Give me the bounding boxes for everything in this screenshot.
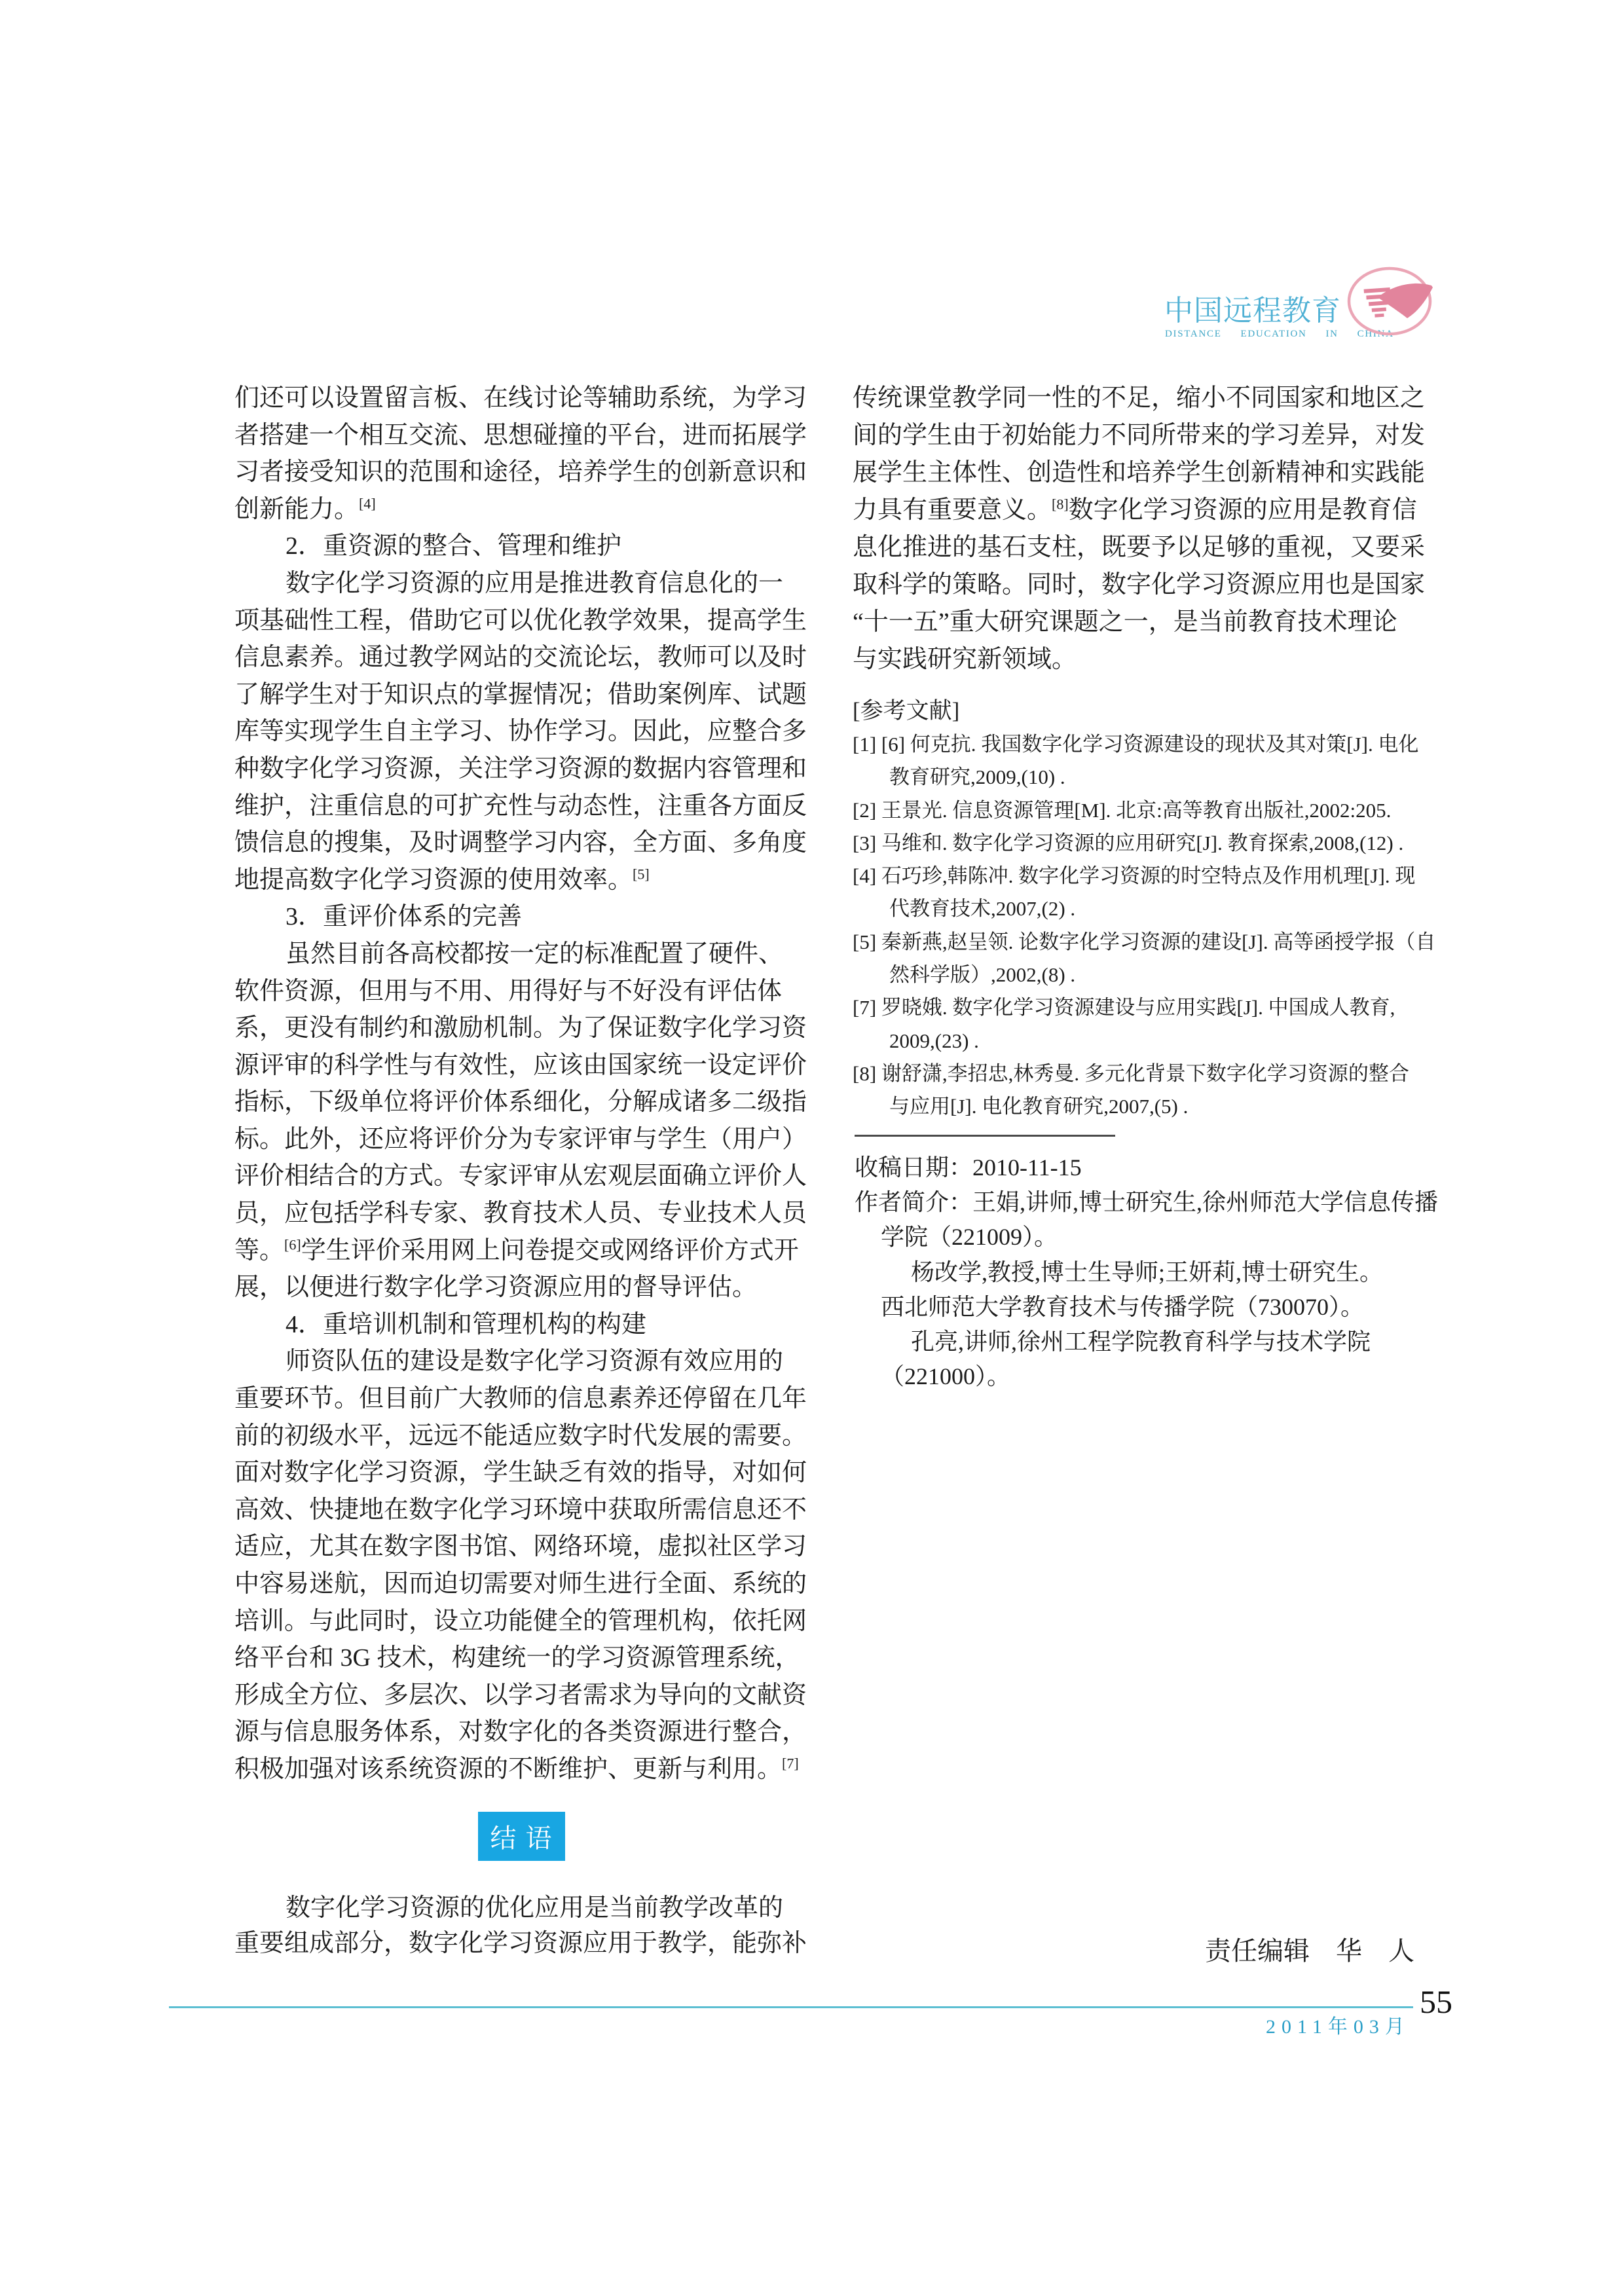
editor-credit: 责任编辑 华 人 (853, 1930, 1414, 1968)
text-line: 中容易迷航，因而迫切需要对师生进行全面、系统的 (234, 1566, 796, 1603)
text-line: 孔亮,讲师,徐州工程学院教育科学与技术学院 (855, 1325, 1428, 1359)
author-info-block: 收稿日期：2010-11-15作者简介：王娟,讲师,博士研究生,徐州师范大学信息… (855, 1150, 1428, 1394)
footer-rule (169, 2006, 1413, 2008)
text-line: 然科学版）,2002,(8) . (853, 959, 1430, 991)
text-line: 们还可以设置留言板、在线讨论等辅助系统，为学习 (234, 380, 796, 417)
right-column: 传统课堂教学同一性的不足，缩小不同国家和地区之间的学生由于初始能力不同所带来的学… (853, 380, 1414, 678)
journal-page: 中国远程教育 DISTANCE EDUCATION IN CHINA 们还可以设… (0, 0, 1624, 2295)
text-line: 库等实现学生自主学习、协作学习。因此，应整合多 (234, 713, 796, 750)
text-line: “十一五”重大研究课题之一，是当前教育技术理论 (853, 604, 1414, 641)
text-line: 项基础性工程，借助它可以优化教学效果，提高学生 (234, 602, 796, 640)
text-line: 教育研究,2009,(10) . (853, 761, 1430, 794)
text-line: 指标，下级单位将评价体系细化，分解成诸多二级指 (234, 1084, 796, 1121)
text-line: 种数字化学习资源，关注学习资源的数据内容管理和 (234, 750, 796, 788)
text-line: 力具有重要意义。[8]数字化学习资源的应用是教育信 (853, 492, 1414, 529)
text-line: 息化推进的基石支柱，既要予以足够的重视，又要采 (853, 529, 1414, 566)
text-line: 间的学生由于初始能力不同所带来的学习差异，对发 (853, 417, 1414, 454)
text-line: 高效、快捷地在数字化学习环境中获取所需信息还不 (234, 1492, 796, 1529)
text-line: 形成全方位、多层次、以学习者需求为导向的文献资 (234, 1677, 796, 1714)
text-line: 与实践研究新领域。 (853, 641, 1414, 678)
text-line: [8] 谢舒潇,李招忠,林秀曼. 多元化背景下数字化学习资源的整合 (853, 1057, 1430, 1090)
text-line: 评价相结合的方式。专家评审从宏观层面确立评价人 (234, 1158, 796, 1195)
text-line: 数字化学习资源的应用是推进教育信息化的一 (234, 565, 796, 602)
text-line: 系，更没有制约和激励机制。为了保证数字化学习资 (234, 1010, 796, 1047)
text-line: 传统课堂教学同一性的不足，缩小不同国家和地区之 (853, 380, 1414, 417)
text-line: 展学生主体性、创造性和培养学生创新精神和实践能 (853, 454, 1414, 492)
text-line: 积极加强对该系统资源的不断维护、更新与利用。[7] (234, 1751, 796, 1788)
text-line: 习者接受知识的范围和途径，培养学生的创新意识和 (234, 454, 796, 491)
text-line: 展，以便进行数字化学习资源应用的督导评估。 (234, 1269, 796, 1306)
conclusion-paragraph: 数字化学习资源的优化应用是当前教学改革的重要组成部分，数字化学习资源应用于教学，… (234, 1891, 796, 1961)
text-line: 标。此外，还应将评价分为专家评审与学生（用户） (234, 1121, 796, 1158)
text-line: 数字化学习资源的优化应用是当前教学改革的 (234, 1891, 796, 1926)
text-line: [2] 王景光. 信息资源管理[M]. 北京:高等教育出版社,2002:205. (853, 794, 1430, 827)
text-line: 源评审的科学性与有效性，应该由国家统一设定评价 (234, 1047, 796, 1084)
text-line: 络平台和 3G 技术，构建统一的学习资源管理系统， (234, 1640, 796, 1677)
text-line: 馈信息的搜集，及时调整学习内容，全方面、多角度 (234, 824, 796, 862)
text-line: 源与信息服务体系，对数字化的各类资源进行整合， (234, 1714, 796, 1751)
conclusion-heading-box: 结 语 (478, 1812, 565, 1861)
text-line: 重要环节。但目前广大教师的信息素养还停留在几年 (234, 1380, 796, 1418)
journal-logo-icon (1345, 266, 1438, 340)
conclusion-heading-label: 结 语 (490, 1818, 553, 1855)
text-line: 维护，注重信息的可扩充性与动态性，注重各方面反 (234, 788, 796, 825)
text-line: 者搭建一个相互交流、思想碰撞的平台，进而拓展学 (234, 417, 796, 454)
text-line: 杨改学,教授,博士生导师;王妍莉,博士研究生。 (855, 1255, 1428, 1290)
text-line: 3．重评价体系的完善 (234, 898, 796, 936)
text-line: 信息素养。通过教学网站的交流论坛，教师可以及时 (234, 639, 796, 676)
text-line: 了解学生对于知识点的掌握情况；借助案例库、试题 (234, 676, 796, 714)
journal-title-cn: 中国远程教育 (1164, 287, 1341, 329)
text-line: [1] [6] 何克抗. 我国数字化学习资源建设的现状及其对策[J]. 电化 (853, 728, 1430, 761)
text-line: 地提高数字化学习资源的使用效率。[5] (234, 862, 796, 899)
left-column: 们还可以设置留言板、在线讨论等辅助系统，为学习者搭建一个相互交流、思想碰撞的平台… (234, 380, 796, 1788)
text-line: 西北师范大学教育技术与传播学院（730070）。 (855, 1290, 1428, 1325)
text-line: 等。[6]学生评价采用网上问卷提交或网络评价方式开 (234, 1232, 796, 1270)
text-line: 面对数字化学习资源，学生缺乏有效的指导，对如何 (234, 1454, 796, 1492)
text-line: 2009,(23) . (853, 1025, 1430, 1057)
text-line: 2．重资源的整合、管理和维护 (234, 528, 796, 565)
text-line: [7] 罗晓娥. 数字化学习资源建设与应用实践[J]. 中国成人教育, (853, 991, 1430, 1024)
text-line: 与应用[J]. 电化教育研究,2007,(5) . (853, 1090, 1430, 1123)
text-line: 学院（221009）。 (855, 1220, 1428, 1255)
text-line: 虽然目前各高校都按一定的标准配置了硬件、 (234, 936, 796, 973)
text-line: 培训。与此同时，设立功能健全的管理机构，依托网 (234, 1603, 796, 1640)
text-line: 适应，尤其在数字图书馆、网络环境，虚拟社区学习 (234, 1528, 796, 1566)
text-line: 创新能力。[4] (234, 491, 796, 528)
text-line: 取科学的策略。同时，数字化学习资源应用也是国家 (853, 566, 1414, 604)
text-line: [5] 秦新燕,赵呈领. 论数字化学习资源的建设[J]. 高等函授学报（自 (853, 926, 1430, 959)
text-line: [3] 马维和. 数字化学习资源的应用研究[J]. 教育探索,2008,(12)… (853, 827, 1430, 860)
text-line: [4] 石巧珍,韩陈冲. 数字化学习资源的时空特点及作用机理[J]. 现 (853, 860, 1430, 892)
text-line: （221000）。 (855, 1359, 1428, 1394)
text-line: 4．重培训机制和管理机构的构建 (234, 1306, 796, 1344)
text-line: 代教育技术,2007,(2) . (853, 892, 1430, 925)
text-line: 重要组成部分，数字化学习资源应用于教学，能弥补 (234, 1926, 796, 1962)
text-line: 师资队伍的建设是数字化学习资源有效应用的 (234, 1343, 796, 1380)
text-line: 员，应包括学科专家、教育技术人员、专业技术人员 (234, 1195, 796, 1232)
page-number: 55 (1420, 1983, 1452, 2021)
text-line: 软件资源，但用与不用、用得好与不好没有评估体 (234, 973, 796, 1010)
text-line: 前的初级水平，远远不能适应数字时代发展的需要。 (234, 1418, 796, 1455)
text-line: 收稿日期：2010-11-15 (855, 1150, 1428, 1185)
text-line: 作者简介：王娟,讲师,博士研究生,徐州师范大学信息传播 (855, 1185, 1428, 1220)
references-title: [参考文献] (853, 693, 959, 725)
references-list: [1] [6] 何克抗. 我国数字化学习资源建设的现状及其对策[J]. 电化教育… (853, 728, 1430, 1124)
author-info-divider (855, 1135, 1115, 1137)
issue-date: 2011年03月 (1266, 2010, 1411, 2039)
